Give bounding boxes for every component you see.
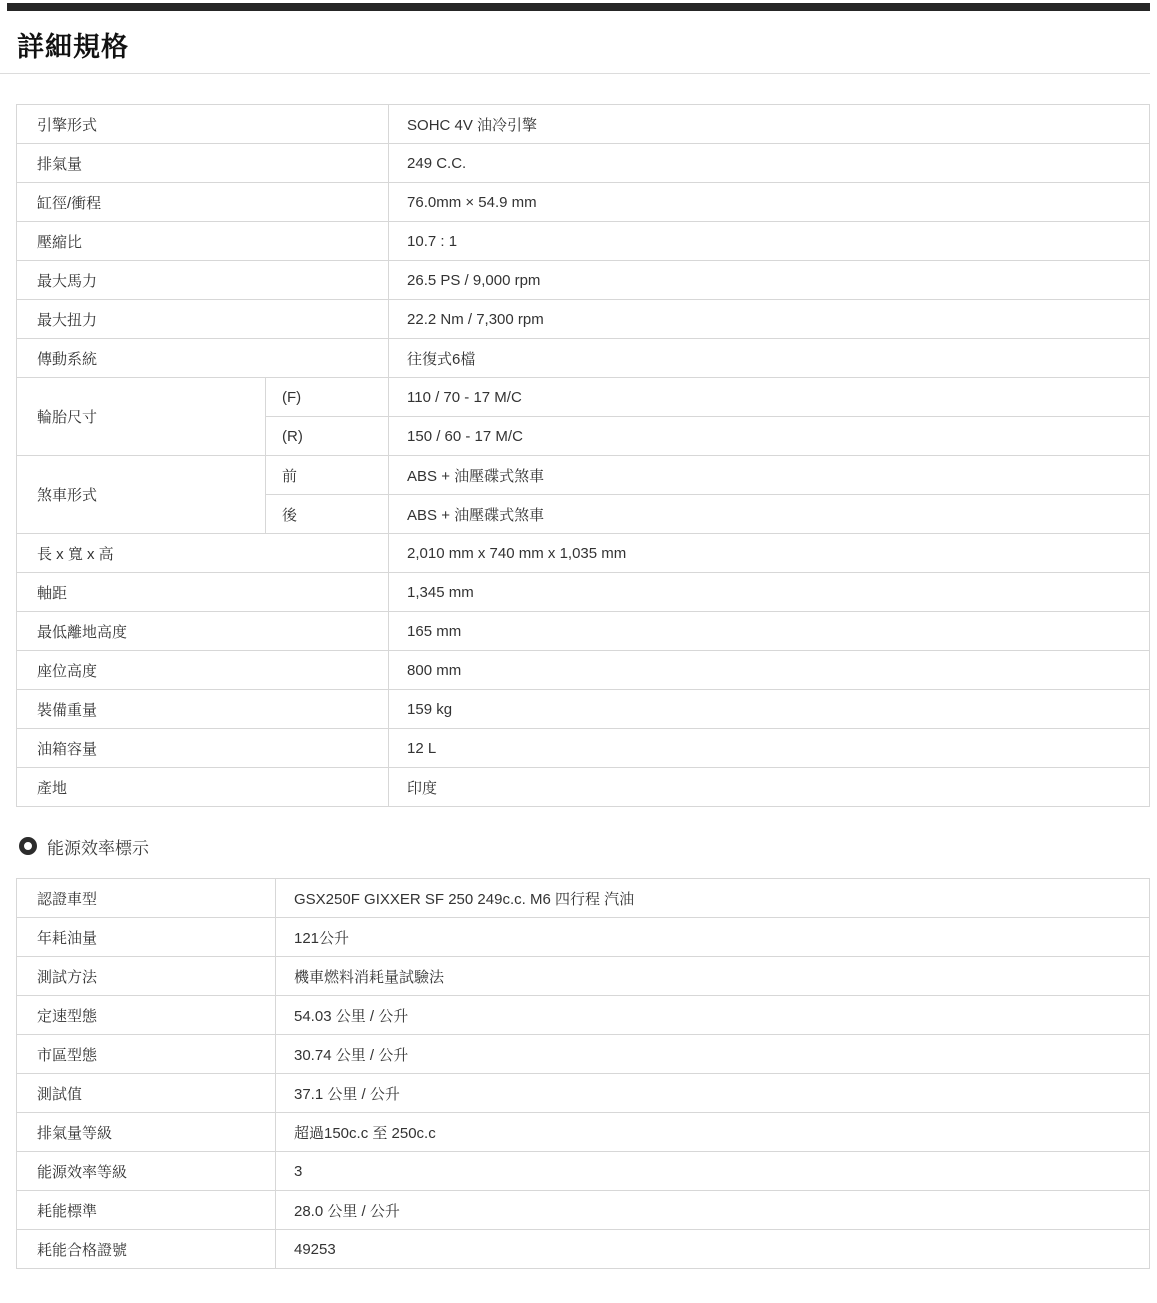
energy-label-cell: 定速型態	[17, 996, 276, 1035]
energy-value-cell: 49253	[276, 1230, 1150, 1269]
table-row: 產地 印度	[17, 768, 1150, 807]
spec-value-cell: 印度	[389, 768, 1150, 807]
spec-label-cell: 引擎形式	[17, 105, 389, 144]
spec-label-cell: 最大扭力	[17, 300, 389, 339]
table-row: 耗能合格證號 49253	[17, 1230, 1150, 1269]
spec-value-cell: 76.0mm × 54.9 mm	[389, 183, 1150, 222]
table-row: 缸徑/衝程 76.0mm × 54.9 mm	[17, 183, 1150, 222]
table-row: 測試方法 機車燃料消耗量試驗法	[17, 957, 1150, 996]
table-row: 煞車形式 前 ABS + 油壓碟式煞車	[17, 456, 1150, 495]
energy-label-cell: 測試值	[17, 1074, 276, 1113]
energy-section-title: 能源效率標示	[47, 834, 149, 859]
table-row: 定速型態 54.03 公里 / 公升	[17, 996, 1150, 1035]
table-row: 最低離地高度 165 mm	[17, 612, 1150, 651]
spec-label-cell: 最大馬力	[17, 261, 389, 300]
spec-value-cell: 10.7 : 1	[389, 222, 1150, 261]
energy-label-cell: 測試方法	[17, 957, 276, 996]
spec-value-cell: 800 mm	[389, 651, 1150, 690]
table-row: 油箱容量 12 L	[17, 729, 1150, 768]
spec-sublabel-cell-front: 前	[266, 456, 389, 495]
spec-value-cell: ABS + 油壓碟式煞車	[389, 495, 1150, 534]
spec-value-cell: 22.2 Nm / 7,300 rpm	[389, 300, 1150, 339]
spec-value-cell: 165 mm	[389, 612, 1150, 651]
spec-sublabel-cell-rear: 後	[266, 495, 389, 534]
energy-value-cell: 超過150c.c 至 250c.c	[276, 1113, 1150, 1152]
spec-label-cell: 壓縮比	[17, 222, 389, 261]
spec-sublabel-cell-front: (F)	[266, 378, 389, 417]
energy-value-cell: 機車燃料消耗量試驗法	[276, 957, 1150, 996]
spec-value-cell: 110 / 70 - 17 M/C	[389, 378, 1150, 417]
table-row: 壓縮比 10.7 : 1	[17, 222, 1150, 261]
energy-value-cell: 30.74 公里 / 公升	[276, 1035, 1150, 1074]
energy-section-heading: 能源效率標示	[16, 836, 1157, 856]
page-title: 詳細規格	[0, 11, 1150, 74]
spec-label-cell-tire: 輪胎尺寸	[17, 378, 266, 456]
energy-label-cell: 能源效率等級	[17, 1152, 276, 1191]
spec-value-cell: 150 / 60 - 17 M/C	[389, 417, 1150, 456]
table-row: 長 x 寬 x 高 2,010 mm x 740 mm x 1,035 mm	[17, 534, 1150, 573]
spec-value-cell: 12 L	[389, 729, 1150, 768]
spec-label-cell: 產地	[17, 768, 389, 807]
spec-label-cell: 最低離地高度	[17, 612, 389, 651]
table-row: 市區型態 30.74 公里 / 公升	[17, 1035, 1150, 1074]
spec-sublabel-cell-rear: (R)	[266, 417, 389, 456]
top-accent-bar	[7, 3, 1150, 11]
spec-value-cell: 26.5 PS / 9,000 rpm	[389, 261, 1150, 300]
spec-label-cell: 傳動系統	[17, 339, 389, 378]
table-row: 引擎形式 SOHC 4V 油冷引擎	[17, 105, 1150, 144]
table-row: 裝備重量 159 kg	[17, 690, 1150, 729]
table-row: 測試值 37.1 公里 / 公升	[17, 1074, 1150, 1113]
spec-value-cell: SOHC 4V 油冷引擎	[389, 105, 1150, 144]
spec-label-cell: 排氣量	[17, 144, 389, 183]
energy-label-cell: 耗能合格證號	[17, 1230, 276, 1269]
table-row: 排氣量等級 超過150c.c 至 250c.c	[17, 1113, 1150, 1152]
spec-label-cell: 油箱容量	[17, 729, 389, 768]
energy-value-cell: 3	[276, 1152, 1150, 1191]
table-row: 軸距 1,345 mm	[17, 573, 1150, 612]
spec-value-cell: 2,010 mm x 740 mm x 1,035 mm	[389, 534, 1150, 573]
table-row: 認證車型 GSX250F GIXXER SF 250 249c.c. M6 四行…	[17, 879, 1150, 918]
energy-label-cell: 耗能標準	[17, 1191, 276, 1230]
spec-value-cell: 249 C.C.	[389, 144, 1150, 183]
table-row: 最大扭力 22.2 Nm / 7,300 rpm	[17, 300, 1150, 339]
energy-value-cell: GSX250F GIXXER SF 250 249c.c. M6 四行程 汽油	[276, 879, 1150, 918]
table-row: 排氣量 249 C.C.	[17, 144, 1150, 183]
energy-value-cell: 28.0 公里 / 公升	[276, 1191, 1150, 1230]
energy-label-cell: 市區型態	[17, 1035, 276, 1074]
spec-table: 引擎形式 SOHC 4V 油冷引擎 排氣量 249 C.C. 缸徑/衝程 76.…	[16, 104, 1150, 807]
energy-label-cell: 年耗油量	[17, 918, 276, 957]
spec-value-cell: 往復式6檔	[389, 339, 1150, 378]
table-row: 座位高度 800 mm	[17, 651, 1150, 690]
energy-label-cell: 認證車型	[17, 879, 276, 918]
energy-value-cell: 54.03 公里 / 公升	[276, 996, 1150, 1035]
spec-label-cell: 座位高度	[17, 651, 389, 690]
spec-label-cell-brake: 煞車形式	[17, 456, 266, 534]
spec-label-cell: 缸徑/衝程	[17, 183, 389, 222]
table-row: 耗能標準 28.0 公里 / 公升	[17, 1191, 1150, 1230]
spec-value-cell: ABS + 油壓碟式煞車	[389, 456, 1150, 495]
energy-value-cell: 37.1 公里 / 公升	[276, 1074, 1150, 1113]
spec-label-cell: 長 x 寬 x 高	[17, 534, 389, 573]
table-row: 最大馬力 26.5 PS / 9,000 rpm	[17, 261, 1150, 300]
spec-label-cell: 軸距	[17, 573, 389, 612]
circle-bullet-icon	[19, 837, 37, 855]
table-row: 年耗油量 121公升	[17, 918, 1150, 957]
spec-value-cell: 1,345 mm	[389, 573, 1150, 612]
spec-value-cell: 159 kg	[389, 690, 1150, 729]
energy-table: 認證車型 GSX250F GIXXER SF 250 249c.c. M6 四行…	[16, 878, 1150, 1269]
table-row: 能源效率等級 3	[17, 1152, 1150, 1191]
energy-label-cell: 排氣量等級	[17, 1113, 276, 1152]
table-row: 傳動系統 往復式6檔	[17, 339, 1150, 378]
energy-value-cell: 121公升	[276, 918, 1150, 957]
spec-label-cell: 裝備重量	[17, 690, 389, 729]
table-row: 輪胎尺寸 (F) 110 / 70 - 17 M/C	[17, 378, 1150, 417]
